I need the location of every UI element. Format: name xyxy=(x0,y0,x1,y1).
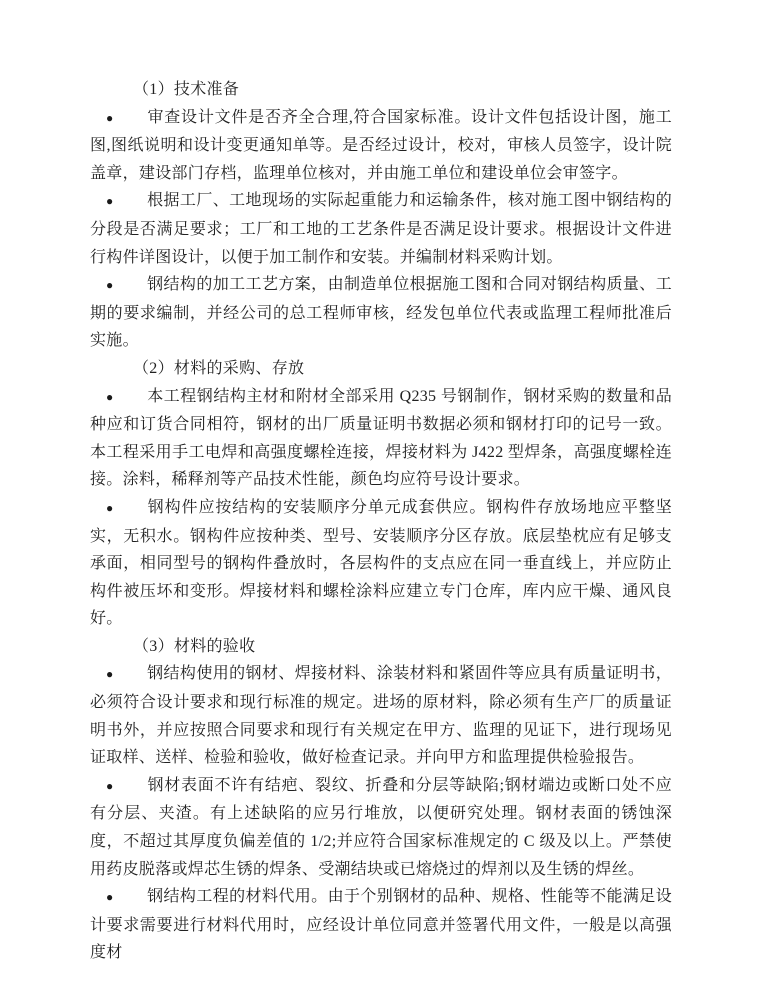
paragraph-text: 钢结构工程的材料代用。由于个别钢材的品种、规格、性能等不能满足设计要求需要进行材… xyxy=(90,888,672,961)
bullet-icon: ● xyxy=(90,661,147,689)
bullet-paragraph: ●钢材表面不许有结疤、裂纹、折叠和分层等缺陷;钢材端边或断口处不应有分层、夹渣。… xyxy=(90,772,672,883)
bullet-icon: ● xyxy=(90,272,147,300)
bullet-paragraph: ●钢结构使用的钢材、焊接材料、涂装材料和紧固件等应具有质量证明书，必须符合设计要… xyxy=(90,660,672,771)
paragraph-text: 根据工厂、工地现场的实际起重能力和运输条件，核对施工图中钢结构的分段是否满足要求… xyxy=(90,192,672,265)
bullet-icon: ● xyxy=(90,773,147,801)
section-heading: （1）技术准备 xyxy=(90,76,672,104)
bullet-paragraph: ●审查设计文件是否齐全合理,符合国家标准。设计文件包括设计图，施工图,图纸说明和… xyxy=(90,104,672,188)
bullet-icon: ● xyxy=(90,884,147,912)
bullet-paragraph: ●钢构件应按结构的安装顺序分单元成套供应。钢构件存放场地应平整坚实，无积水。钢构… xyxy=(90,494,672,633)
bullet-icon: ● xyxy=(90,105,147,133)
section-heading: （2）材料的采购、存放 xyxy=(90,355,672,383)
bullet-paragraph: ●钢结构工程的材料代用。由于个别钢材的品种、规格、性能等不能满足设计要求需要进行… xyxy=(90,883,672,967)
paragraph-text: 审查设计文件是否齐全合理,符合国家标准。设计文件包括设计图，施工图,图纸说明和设… xyxy=(90,109,672,182)
paragraph-text: 本工程钢结构主材和附材全部采用 Q235 号钢制作，钢材采购的数量和品种应和订货… xyxy=(90,388,672,489)
paragraph-text: 钢构件应按结构的安装顺序分单元成套供应。钢构件存放场地应平整坚实，无积水。钢构件… xyxy=(90,499,672,627)
bullet-paragraph: ●钢结构的加工工艺方案，由制造单位根据施工图和合同对钢结构质量、工期的要求编制，… xyxy=(90,271,672,355)
bullet-icon: ● xyxy=(90,188,147,216)
paragraph-text: 钢结构的加工工艺方案，由制造单位根据施工图和合同对钢结构质量、工期的要求编制，并… xyxy=(90,276,672,349)
document-page: （1）技术准备●审查设计文件是否齐全合理,符合国家标准。设计文件包括设计图，施工… xyxy=(0,0,765,990)
paragraph-text: 钢结构使用的钢材、焊接材料、涂装材料和紧固件等应具有质量证明书，必须符合设计要求… xyxy=(90,665,672,766)
bullet-paragraph: ●本工程钢结构主材和附材全部采用 Q235 号钢制作，钢材采购的数量和品种应和订… xyxy=(90,383,672,494)
bullet-paragraph: ●根据工厂、工地现场的实际起重能力和运输条件，核对施工图中钢结构的分段是否满足要… xyxy=(90,187,672,271)
section-heading: （3）材料的验收 xyxy=(90,633,672,661)
paragraph-text: 钢材表面不许有结疤、裂纹、折叠和分层等缺陷;钢材端边或断口处不应有分层、夹渣。有… xyxy=(90,777,672,878)
bullet-icon: ● xyxy=(90,384,147,412)
bullet-icon: ● xyxy=(90,495,147,523)
